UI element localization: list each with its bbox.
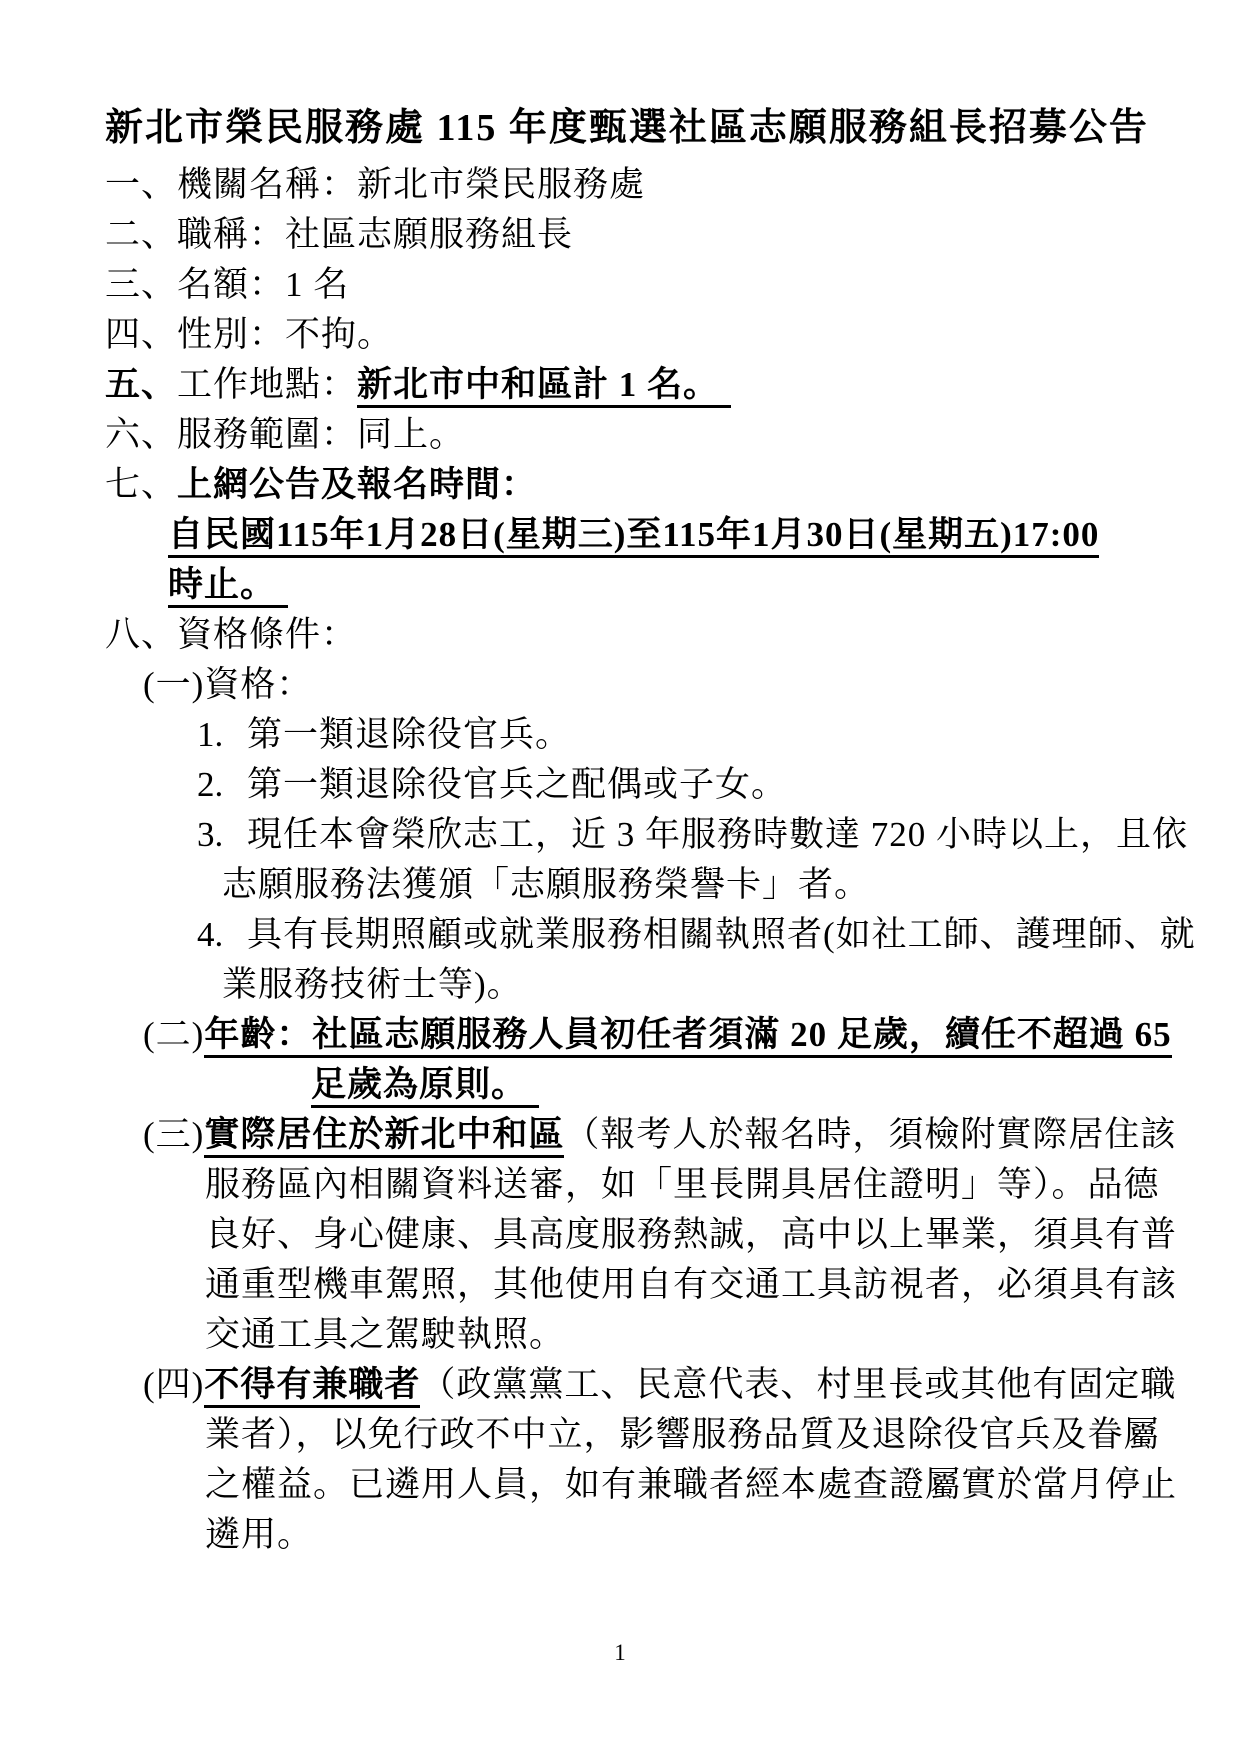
page-number: 1 xyxy=(0,1638,1240,1668)
item-work-location-highlight: 新北市中和區計 1 名。 xyxy=(357,365,731,408)
registration-date-line-1: 自民國115年1月28日(星期三)至115年1月30日(星期五)17:00 xyxy=(168,510,1137,560)
item-quota-text: 名額：1 名 xyxy=(177,265,349,304)
item-work-location-label: 五、 xyxy=(105,365,177,404)
registration-date-line-2: 時止。 xyxy=(168,560,1137,610)
item-service-area-text: 服務範圍：同上。 xyxy=(177,415,465,454)
item-job-title: 二、職稱：社區志願服務組長 xyxy=(105,210,1137,260)
item-job-title-text: 職稱：社區志願服務組長 xyxy=(177,215,573,254)
item-quota-label: 三、 xyxy=(105,265,177,304)
qualification-item-1: 1.第一類退除役官兵。 xyxy=(197,710,1137,760)
item-agency-label: 一、 xyxy=(105,165,177,204)
qualification-item-4-number: 4. xyxy=(197,910,247,960)
sub-no-concurrent-line-4: 遴用。 xyxy=(205,1510,1137,1560)
item-qualifications-text: 資格條件： xyxy=(177,615,357,654)
item-quota: 三、名額：1 名 xyxy=(105,260,1137,310)
qualification-item-4-line-2: 業服務技術士等)。 xyxy=(222,960,1137,1010)
qualification-item-2: 2.第一類退除役官兵之配偶或子女。 xyxy=(197,760,1137,810)
sub-qualification-heading: (一)資格： xyxy=(143,660,1137,710)
item-job-title-label: 二、 xyxy=(105,215,177,254)
sub-residence-line-1: (三)實際居住於新北中和區（報考人於報名時，須檢附實際居住該 xyxy=(143,1110,1137,1160)
item-work-location-lead: 工作地點： xyxy=(177,365,357,404)
qualification-item-3-line-2: 志願服務法獲頒「志願服務榮譽卡」者。 xyxy=(222,860,1137,910)
qualification-item-2-number: 2. xyxy=(197,760,247,810)
sub-no-concurrent-line-1: (四)不得有兼職者（政黨黨工、民意代表、村里長或其他有固定職 xyxy=(143,1360,1137,1410)
item-qualifications-label: 八、 xyxy=(105,615,177,654)
item-registration-period: 七、上網公告及報名時間： xyxy=(105,460,1137,510)
item-gender-text: 性別：不拘。 xyxy=(177,315,393,354)
sub-residence-line-4: 通重型機車駕照，其他使用自有交通工具訪視者，必須具有該 xyxy=(205,1260,1137,1310)
item-gender: 四、性別：不拘。 xyxy=(105,310,1137,360)
qualification-item-1-number: 1. xyxy=(197,710,247,760)
sub-no-concurrent-line-2: 業者），以免行政不中立，影響服務品質及退除役官兵及眷屬 xyxy=(205,1410,1137,1460)
sub-residence-line-5: 交通工具之駕駛執照。 xyxy=(205,1310,1137,1360)
item-agency: 一、機關名稱：新北市榮民服務處 xyxy=(105,160,1137,210)
item-service-area-label: 六、 xyxy=(105,415,177,454)
qualification-item-3-number: 3. xyxy=(197,810,247,860)
doc-title: 新北市榮民服務處 115 年度甄選社區志願服務組長招募公告 xyxy=(105,98,1137,158)
item-registration-period-heading: 上網公告及報名時間： xyxy=(177,465,537,504)
item-work-location: 五、工作地點：新北市中和區計 1 名。 xyxy=(105,360,1137,410)
document-body: 新北市榮民服務處 115 年度甄選社區志願服務組長招募公告 一、機關名稱：新北市… xyxy=(105,98,1137,1560)
item-gender-label: 四、 xyxy=(105,315,177,354)
sub-no-concurrent-line-3: 之權益。已遴用人員，如有兼職者經本處查證屬實於當月停止 xyxy=(205,1460,1137,1510)
item-qualifications: 八、資格條件： xyxy=(105,610,1137,660)
sub-residence-line-3: 良好、身心健康、具高度服務熱誠，高中以上畢業，須具有普 xyxy=(205,1210,1137,1260)
item-agency-text: 機關名稱：新北市榮民服務處 xyxy=(177,165,645,204)
sub-age-line-1: (二)年齡：社區志願服務人員初任者須滿 20 足歲，續任不超過 65 xyxy=(143,1010,1137,1060)
document-page: 新北市榮民服務處 115 年度甄選社區志願服務組長招募公告 一、機關名稱：新北市… xyxy=(0,0,1240,1754)
qualification-item-3-line-1: 3.現任本會榮欣志工，近 3 年服務時數達 720 小時以上，且依 xyxy=(197,810,1137,860)
sub-residence-line-2: 服務區內相關資料送審，如「里長開具居住證明」等）。品德 xyxy=(205,1160,1137,1210)
item-registration-period-label: 七、 xyxy=(105,465,177,504)
sub-age-line-2: 足歲為原則。 xyxy=(311,1060,1137,1110)
item-service-area: 六、服務範圍：同上。 xyxy=(105,410,1137,460)
qualification-item-4-line-1: 4.具有長期照顧或就業服務相關執照者(如社工師、護理師、就 xyxy=(197,910,1137,960)
